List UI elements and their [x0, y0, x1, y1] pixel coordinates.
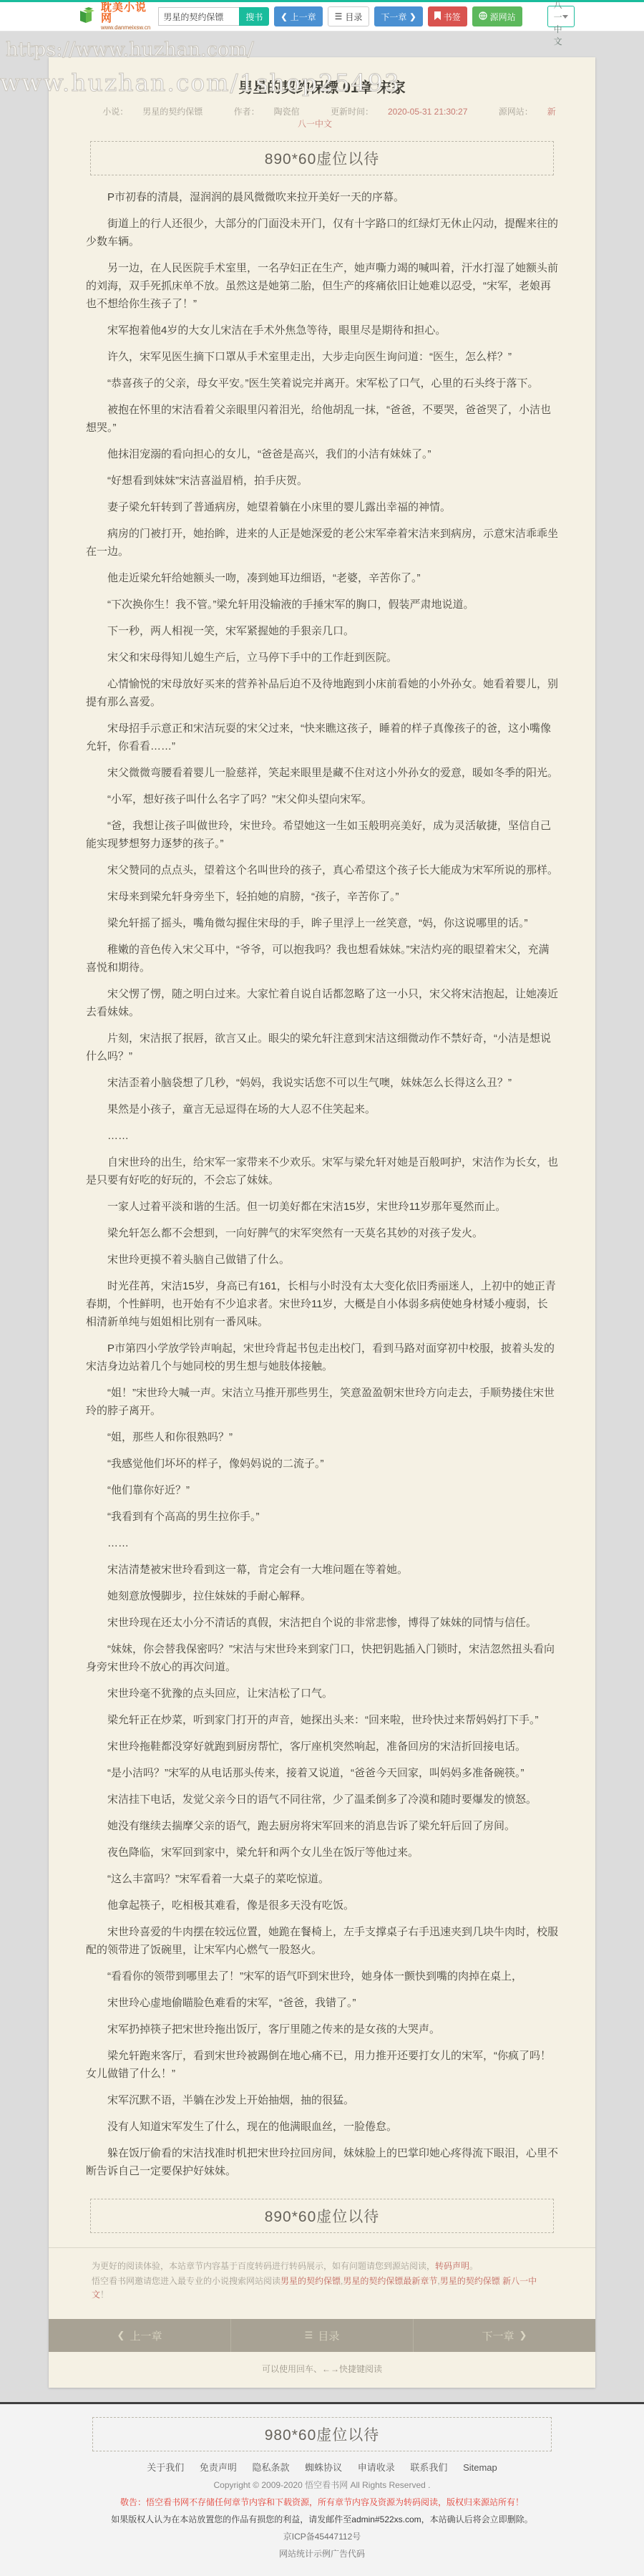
novel-paragraph: 梁允轩摇了摇头，嘴角微勾握住宋母的手，眸子里浮上一丝笑意，“妈，你这说哪里的话。… [86, 914, 558, 932]
chapter-meta: 小说：男星的契约保镖 作者：陶瓷倌 更新时间：2020-05-31 21:30:… [86, 105, 558, 130]
novel-paragraph: 宋洁挂下电话，发觉父亲今日的语气不同往常，少了温柔倒多了冷漠和随时要爆发的愤怒。 [86, 1791, 558, 1808]
footer-link[interactable]: Sitemap [463, 2462, 497, 2473]
novel-paragraph: 夜色降临，宋军回到家中，梁允轩和两个女儿坐在饭厅等他过来。 [86, 1844, 558, 1861]
novel-paragraph: 宋军扔掉筷子把宋世玲拖出饭厅，客厅里随之传来的是女孩的大哭声。 [86, 2020, 558, 2038]
globe-icon [479, 11, 487, 22]
pager-toc-button[interactable]: ☰ 目录 [230, 2319, 413, 2352]
pager-prev-button[interactable]: ❮ 上一章 [49, 2319, 230, 2352]
novel-paragraph: 宋世玲喜爱的牛肉摆在较远位置，她跪在餐椅上，左手支撑桌子右手迅速夹到几块牛肉时，… [86, 1923, 558, 1959]
novel-paragraph: 宋父愣了愣，随之明白过来。大家忙着自说自话都忽略了这一小只，宋父将宋洁抱起，让她… [86, 985, 558, 1021]
ad-banner-bottom[interactable]: 890*60虚位以待 [90, 2199, 554, 2233]
novel-paragraph: P市初春的清晨，湿润润的晨风微微吹来拉开美好一天的序幕。 [86, 188, 558, 206]
novel-paragraph: 宋父微微弯腰看着婴儿一脸慈祥，笑起来眼里是藏不住对这小外孙女的爱意，暖如冬季的阳… [86, 764, 558, 782]
site-footer: 980*60虚位以待 关于我们 免责声明 隐私条款 蜘蛛协议 申请收录 联系我们… [0, 2402, 644, 2576]
novel-paragraph: 稚嫩的音色传入宋父耳中，“爷爷，可以抱我吗？我也想看妹妹。”宋洁灼亮的眼望着宋父… [86, 941, 558, 977]
novel-paragraph: 被抱在怀里的宋洁看着父亲眼里闪着泪光，给他胡乱一抹，“爸爸，不要哭，爸爸哭了，小… [86, 401, 558, 437]
novel-paragraph: “妹妹，你会替我保密吗？”宋洁与宋世玲来到家门口，快把钥匙插入门锁时，宋洁忽然扭… [86, 1640, 558, 1676]
chevron-left-icon: ❮ [117, 2330, 125, 2341]
text-link[interactable]: 男星的契约保镖 [440, 2276, 500, 2286]
novel-paragraph: 宋世玲现在还太小分不清话的真假，宋洁把自个说的非常悲惨，博得了妹妹的同情与信任。 [86, 1614, 558, 1632]
source-site-button[interactable]: 源网站 [472, 6, 522, 26]
novel-paragraph: “好想看到妹妹”宋洁喜溢眉梢，拍手庆贺。 [86, 472, 558, 490]
novel-label: 小说： [102, 107, 128, 117]
footer-link[interactable]: 蜘蛛协议 [305, 2462, 342, 2473]
novel-paragraph: 宋军沉默不语，半躺在沙发上开始抽烟，抽的很猛。 [86, 2091, 558, 2109]
bookmark-button[interactable]: 书签 [428, 6, 467, 26]
novel-paragraph: 宋洁歪着小脑袋想了几秒，“妈妈，我说实话您不可以生气噢，妹妹怎么长得这么丑？” [86, 1074, 558, 1092]
site-logo[interactable]: 耽美小说网 www.danmeixsw.cn [79, 2, 150, 31]
bookmark-icon [434, 11, 441, 22]
footer-link[interactable]: 联系我们 [410, 2462, 447, 2473]
toc-button[interactable]: ☰ 目录 [328, 6, 370, 26]
novel-paragraph: P市第四小学放学铃声响起，宋世玲背起书包走出校门，看到马路对面穿初中校服，披着头… [86, 1340, 558, 1375]
novel-paragraph: 躲在饭厅偷看的宋洁找准时机把宋世玲拉回房间，妹妹脸上的巴掌印她心疼得流下眼泪，心… [86, 2144, 558, 2180]
text-link[interactable]: 男星的契约保镖 [280, 2276, 341, 2286]
novel-paragraph: 梁允轩正在炒菜，听到家门打开的声音，她探出头来：“回来啦，世玲快过来帮妈妈打下手… [86, 1711, 558, 1729]
chevron-left-icon: ❮ [280, 12, 287, 21]
author-label: 作者： [234, 107, 260, 117]
novel-paragraph: 妻子梁允轩转到了普通病房，她望着躺在小床里的婴儿露出幸福的神情。 [86, 498, 558, 516]
dmca-text: 如果版权人认为在本站放置您的作品有损您的利益，请发邮件至admin#522xs.… [0, 2513, 644, 2525]
site-url: www.danmeixsw.cn [101, 25, 150, 31]
footer-link[interactable]: 免责声明 [200, 2462, 237, 2473]
novel-paragraph: 果然是小孩子，童言无忌逗得在场的大人忍不住笑起来。 [86, 1100, 558, 1118]
novel-paragraph: 没有人知道宋军发生了什么，现在的他满眼血丝，一脸倦怠。 [86, 2118, 558, 2136]
novel-paragraph: 病房的门被打开，她抬眸，进来的人正是她深爱的老公宋军牵着宋洁来到病房，示意宋洁乖… [86, 525, 558, 561]
search-input[interactable] [158, 7, 239, 26]
novel-paragraph: “我感觉他们坏坏的样子，像妈妈说的二流子。” [86, 1455, 558, 1473]
books-icon [79, 6, 97, 27]
novel-paragraph: 宋世玲毫不犹豫的点头回应，让宋洁松了口气。 [86, 1685, 558, 1703]
notice-line-1: 为更好的阅读体验，本站章节内容基于百度转码进行转码展示，如有问题请您到源站阅读，… [92, 2260, 552, 2273]
novel-paragraph: “看看你的领带到哪里去了！”宋军的语气吓到宋世玲，她身体一颤快到嘴的肉掉在桌上， [86, 1967, 558, 1985]
footer-ad-banner[interactable]: 980*60虚位以待 [92, 2417, 552, 2451]
novel-paragraph: “姐，那些人和你很熟吗？” [86, 1428, 558, 1446]
novel-paragraph: 梁允轩怎么都不会想到，一向好脾气的宋军突然有一天莫名其妙的对孩子发火。 [86, 1224, 558, 1242]
warning-text: 敬告：悟空看书网不存储任何章节内容和下载资源，所有章节内容及资源为转码阅读，版权… [0, 2496, 644, 2508]
novel-paragraph: 宋父赞同的点点头，望着这个名叫世玲的孩子，真心希望这个孩子长大能成为宋军所说的那… [86, 861, 558, 879]
search-box: 搜书 [158, 7, 269, 26]
novel-paragraph: 宋世玲心虚地偷瞄脸色难看的宋军，“爸爸，我错了。” [86, 1994, 558, 2012]
novel-paragraph: 时光荏苒，宋洁15岁，身高已有161，长相与小时没有太大变化依旧秀丽迷人，上初中… [86, 1277, 558, 1331]
site-header: 耽美小说网 www.danmeixsw.cn 搜书 ❮ 上一章 ☰ 目录 下一章… [0, 0, 644, 32]
footer-link[interactable]: 申请收录 [358, 2462, 395, 2473]
novel-paragraph: 宋军抱着他4岁的大女儿宋洁在手术外焦急等待，眼里尽是期待和担心。 [86, 321, 558, 339]
novel-paragraph: “他们靠你好近？” [86, 1481, 558, 1499]
novel-paragraph: 他走近梁允轩给她额头一吻，凑到她耳边细语，“老婆，辛苦你了。” [86, 569, 558, 587]
novel-paragraph: 宋洁清楚被宋世玲看到这一幕，肯定会有一大堆问题在等着她。 [86, 1561, 558, 1579]
novel-paragraph: 另一边，在人民医院手术室里，一名孕妇正在生产，她声嘶力竭的喊叫着，汗水打湿了她额… [86, 259, 558, 313]
list-icon: ☰ [305, 2330, 313, 2341]
novel-paragraph: “恭喜孩子的父亲，母女平安。”医生笑着说完并离开。宋军松了口气，心里的石头终于落… [86, 374, 558, 392]
chapter-card: 男星的契约保镖 01章 宋家 小说：男星的契约保镖 作者：陶瓷倌 更新时间：20… [49, 57, 595, 2388]
novel-paragraph: 心情愉悦的宋母放好买来的营养补品后迫不及待地跑到小床前看她的小外孙女。她看着婴儿… [86, 675, 558, 711]
author-name: 陶瓷倌 [274, 107, 300, 117]
ad-banner-top[interactable]: 890*60虚位以待 [90, 141, 554, 175]
caret-down-icon [562, 15, 568, 19]
novel-paragraph: 街道上的行人还很少，大部分的门面没未开门，仅有十字路口的红绿灯无休止闪动，提醒来… [86, 215, 558, 251]
text-link[interactable]: 转码声明 [435, 2261, 469, 2271]
novel-paragraph: 宋世玲拖鞋都没穿好就跑到厨房帮忙，客厅座机突然响起，准备回房的宋洁折回接电话。 [86, 1738, 558, 1756]
novel-paragraph: “下次换你生！我不管。”梁允轩用没输液的手捶宋军的胸口，假装严肃地说道。 [86, 596, 558, 614]
novel-paragraph: 她没有继续去揣摩父亲的语气，跑去厨房将宋军回来的消息告诉了梁允轩后回了房间。 [86, 1817, 558, 1835]
updated-time: 2020-05-31 21:30:27 [388, 107, 467, 117]
novel-paragraph: “爸，我想让孩子叫做世玲，宋世玲。希望她这一生如玉般明亮美好，成为灵活敏捷，坚信… [86, 817, 558, 853]
novel-paragraph: 许久，宋军见医生摘下口罩从手术室里走出，大步走向医生询问道：“医生，怎么样？” [86, 348, 558, 366]
novel-paragraph: 宋母来到梁允轩身旁坐下，轻拍她的肩膀，“孩子，辛苦你了。” [86, 888, 558, 906]
novel-paragraph: 她刻意放慢脚步，拉住妹妹的手耐心解释。 [86, 1587, 558, 1605]
novel-paragraph: 宋父和宋母得知儿媳生产后，立马停下手中的工作赶到医院。 [86, 649, 558, 667]
chevron-right-icon: ❯ [409, 12, 416, 21]
novel-paragraph: “小军，想好孩子叫什么名字了吗？”宋父仰头望向宋军。 [86, 790, 558, 808]
transcode-notice: 为更好的阅读体验，本站章节内容基于百度转码进行转码展示，如有问题请您到源站阅读，… [49, 2247, 595, 2310]
stats-link[interactable]: 网站统计示例广告代码 [0, 2547, 644, 2560]
footer-link[interactable]: 隐私条款 [253, 2462, 290, 2473]
next-chapter-button[interactable]: 下一章 ❯ [374, 6, 422, 26]
list-icon: ☰ [335, 11, 343, 21]
text-link[interactable]: 男星的契约保镖最新章节 [343, 2276, 437, 2286]
novel-paragraph: …… [86, 1127, 558, 1145]
novel-paragraph: 片刻，宋洁抿了抿唇，欲言又止。眼尖的梁允轩注意到宋洁这细微动作不禁好奇，“小洁是… [86, 1030, 558, 1065]
novel-name: 男星的契约保镖 [142, 107, 203, 117]
search-button[interactable]: 搜书 [239, 7, 269, 26]
updated-label: 更新时间： [331, 107, 374, 117]
footer-link[interactable]: 关于我们 [147, 2462, 184, 2473]
novel-paragraph: …… [86, 1534, 558, 1552]
icp-link[interactable]: 京ICP备45447112号 [0, 2530, 644, 2542]
novel-paragraph: 自宋世玲的出生，给宋军一家带来不少欢乐。宋军与梁允轩对她是百般呵护，宋洁作为长女… [86, 1153, 558, 1189]
source-site-select[interactable]: 新八一中文 [547, 6, 575, 27]
copyright-text: Copyright © 2009-2020 悟空看书网 All Rights R… [0, 2479, 644, 2491]
novel-paragraph: 一家人过着平淡和谐的生活。但一切美好都在宋洁15岁，宋世玲11岁那年戛然而止。 [86, 1198, 558, 1216]
novel-paragraph: “是小洁吗？”宋军的从电话那头传来，接着又说道，“爸爸今天回家，叫妈妈多准备碗筷… [86, 1764, 558, 1782]
novel-paragraph: 他抹泪宠溺的看向担心的女儿，“爸爸是高兴，我们的小洁有妹妹了。” [86, 445, 558, 463]
novel-paragraph: 下一秒，两人相视一笑，宋军紧握她的手狠亲几口。 [86, 622, 558, 640]
novel-paragraph: “这么丰富吗？”宋军看着一大桌子的菜吃惊道。 [86, 1870, 558, 1888]
footer-links: 关于我们 免责声明 隐私条款 蜘蛛协议 申请收录 联系我们 Sitemap [0, 2460, 644, 2474]
chevron-right-icon: ❯ [519, 2330, 527, 2341]
chapter-content: P市初春的清晨，湿润润的晨风微微吹来拉开美好一天的序幕。 街道上的行人还很少，大… [86, 175, 558, 2199]
chapter-title: 男星的契约保镖 01章 宋家 [86, 76, 558, 97]
site-name: 耽美小说网 [101, 2, 150, 24]
source-label: 源网站： [499, 107, 533, 117]
novel-paragraph: 梁允轩跑来客厅，看到宋世玲被踢倒在地心痛不已，用力推开还要打女儿的宋军，“你疯了… [86, 2047, 558, 2083]
novel-paragraph: “姐！”宋世玲大喊一声。宋洁立马推开那些男生，笑意盈盈朝宋世玲方向走去，手顺势搂… [86, 1384, 558, 1420]
notice-line-2: 悟空看书网邀请您进入最专业的小说搜索网站阅读男星的契约保镖,男星的契约保镖最新章… [92, 2275, 552, 2302]
novel-paragraph: 宋母招手示意正和宋洁玩耍的宋父过来，“快来瞧这孩子，睡着的样子真像孩子的爸，这小… [86, 720, 558, 755]
keyboard-tip: 可以使用回车、←→快捷键阅读 [49, 2352, 595, 2388]
pager-next-button[interactable]: 下一章 ❯ [413, 2319, 595, 2352]
novel-paragraph: “我看到有个高高的男生拉你手。” [86, 1508, 558, 1526]
novel-paragraph: 宋世玲更摸不着头脑自己做错了什么。 [86, 1251, 558, 1269]
novel-paragraph: 他拿起筷子，吃相极其难看，像是很多天没有吃饭。 [86, 1897, 558, 1914]
prev-chapter-button[interactable]: ❮ 上一章 [274, 6, 322, 26]
chapter-pager: ❮ 上一章 ☰ 目录 下一章 ❯ [49, 2319, 595, 2352]
